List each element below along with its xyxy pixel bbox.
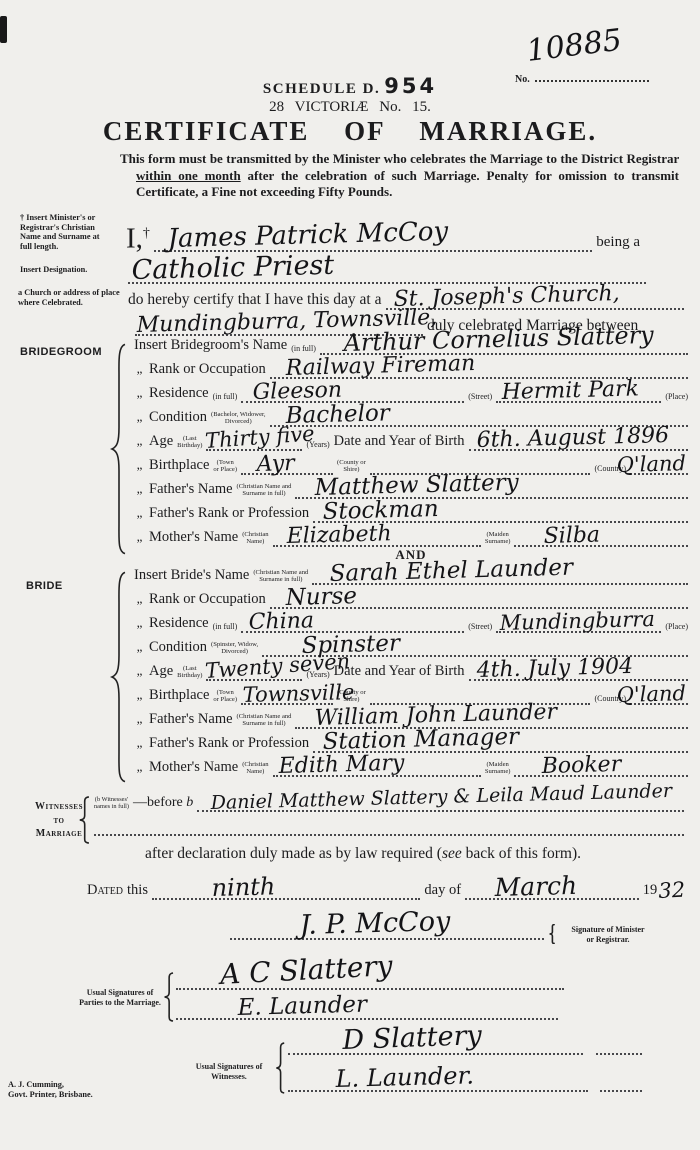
dated-month-value: March	[494, 871, 577, 902]
dated-day-line: ninth	[152, 888, 420, 900]
day-of-label: day of	[422, 882, 463, 900]
ditto-mark: „	[132, 385, 147, 403]
town-paren-2: or Place)	[213, 696, 237, 703]
party-signature-1: A C Slattery	[219, 949, 393, 991]
bride-age-row: „ Age (LastBirthday) Twenty seven (Years…	[132, 657, 690, 681]
father-label: Father's Name	[147, 711, 235, 729]
bridegroom-mother-row: „ Mother's Name (ChristianName) Elizabet…	[132, 523, 690, 547]
this-label: this	[125, 882, 150, 900]
bridegroom-name-label: Insert Bridegroom's Name	[132, 337, 289, 355]
father-rank-label: Father's Rank or Profession	[147, 735, 311, 753]
bridegroom-dob-value: 6th. August 1896	[476, 423, 669, 453]
bride-maiden-line: Booker	[514, 765, 688, 777]
town-paren-2: or Place)	[213, 466, 237, 473]
party-signature-line-2: E. Launder	[176, 1008, 558, 1020]
bride-place-line: Mundingburra	[496, 621, 661, 633]
dagger-mark: †	[143, 226, 150, 241]
christian-paren-2: Surname in full)	[259, 576, 302, 583]
bride-age-line: Twenty seven	[206, 669, 302, 681]
bridegroom-age-line: Thirty five	[206, 439, 302, 451]
bridegroom-maiden-value: Silba	[544, 523, 601, 549]
birthplace-label: Birthplace	[147, 457, 211, 475]
notice-underlined: within one month	[136, 168, 241, 183]
age-label: Age	[147, 663, 175, 681]
party-signature-line-1: A C Slattery	[176, 978, 564, 990]
witness-label-1: Usual Signatures of	[186, 1062, 272, 1072]
bride-father-row: „ Father's Name (Christian Name andSurna…	[132, 705, 690, 729]
age-paren-1: (Last	[183, 435, 197, 442]
dated-month-line: March	[465, 888, 639, 900]
witnesses-names-line: Daniel Matthew Slattery & Leila Maud Lau…	[197, 800, 684, 812]
bridegroom-mother-value: Elizabeth	[286, 521, 392, 549]
christian-paren-1: (Christian Name and	[237, 713, 292, 720]
bridegroom-birthplace-row: „ Birthplace (Townor Place) Ayr (County …	[132, 451, 690, 475]
place-paren: (Place)	[663, 392, 690, 403]
place-paren: (Place)	[663, 622, 690, 633]
bridegroom-maiden-line: Silba	[514, 535, 688, 547]
witnesses-names-row: (b Witnesses'names in full) —before b Da…	[92, 788, 686, 812]
bride-birthplace-line: Townsville	[241, 693, 333, 705]
bride-name-value: Sarah Ethel Launder	[330, 555, 574, 587]
ditto-mark: „	[132, 591, 147, 609]
witness-signature-line-1: D Slattery	[288, 1043, 583, 1055]
ditto-mark: „	[132, 711, 147, 729]
witnesses-blank-line	[94, 824, 684, 836]
mother-christian-paren-2: Name)	[246, 538, 264, 545]
county-paren-1: (County or	[337, 459, 366, 466]
ditto-mark: „	[132, 759, 147, 777]
ditto-mark: „	[132, 361, 147, 379]
bride-country-value: Q'land	[616, 681, 686, 707]
before-label: —before b	[131, 795, 195, 812]
bride-residence-row: „ Residence (in full) China (Street) Mun…	[132, 609, 690, 633]
county-paren-2: Shire)	[343, 466, 359, 473]
mother-christian-paren-2: Name)	[246, 768, 264, 775]
christian-paren-2: Surname in full)	[242, 720, 285, 727]
bride-name-line: Sarah Ethel Launder	[312, 573, 688, 585]
party-signature-2: E. Launder	[237, 992, 367, 1021]
witness-signature-line-2: L. Launder.	[288, 1080, 588, 1092]
street-paren: (Street)	[466, 622, 494, 633]
bride-place-value: Mundingburra	[500, 607, 656, 635]
residence-label: Residence	[147, 615, 211, 633]
printer-credit-2: Govt. Printer, Brisbane.	[8, 1090, 93, 1100]
christian-paren-1: (Christian Name and	[253, 569, 308, 576]
father-label: Father's Name	[147, 481, 235, 499]
witnesses-paren-1: (b Witnesses'	[95, 796, 128, 803]
bride-maiden-value: Booker	[542, 752, 622, 779]
ditto-mark: „	[132, 663, 147, 681]
bridegroom-caption: BRIDEGROOM	[20, 346, 102, 358]
margin-note-church: a Church or address of place where Celeb…	[18, 288, 122, 307]
margin-note-designation: Insert Designation.	[20, 265, 120, 275]
bridegroom-country-line: Q'land	[630, 463, 688, 475]
minister-label-brace	[548, 924, 556, 944]
bridegroom-birthplace-line: Ayr	[241, 463, 333, 475]
bride-name-label: Insert Bride's Name	[132, 567, 251, 585]
schedule-label: SCHEDULE D.	[263, 81, 380, 97]
bride-dob-line: 4th. July 1904	[469, 669, 688, 681]
christian-paren-2: Surname in full)	[242, 490, 285, 497]
ditto-mark: „	[132, 735, 147, 753]
bride-caption: BRIDE	[26, 580, 63, 592]
witnesses-paren: (b Witnesses'names in full)	[92, 796, 131, 812]
witness-signature-2: L. Launder.	[335, 1061, 474, 1093]
in-full-paren: (in full)	[211, 622, 240, 633]
before-text: —before	[133, 795, 183, 810]
witnesses-names-value: Daniel Matthew Slattery & Leila Maud Lau…	[211, 780, 673, 814]
condition-label: Condition	[147, 639, 209, 657]
rank-label: Rank or Occupation	[147, 361, 268, 379]
bridegroom-condition-row: „ Condition (Bachelor, Widower,Divorced)…	[132, 403, 690, 427]
bridegroom-section: Insert Bridegroom's Name (in full) Arthu…	[132, 331, 690, 547]
witness-line-1-tail	[596, 1043, 642, 1055]
mother-label: Mother's Name	[147, 529, 240, 547]
in-full-paren: (in full)	[211, 392, 240, 403]
bridegroom-dob-line: 6th. August 1896	[469, 439, 688, 451]
before-sup: b	[186, 795, 193, 810]
witness-signature-1: D Slattery	[342, 1020, 482, 1056]
condition-paren-1: (Spinster, Widow,	[211, 641, 258, 648]
mother-label: Mother's Name	[147, 759, 240, 777]
parties-label-2: Parties to the Marriage.	[74, 998, 166, 1008]
dated-day-value: ninth	[211, 872, 275, 902]
maiden-paren-2: Surname)	[485, 768, 511, 775]
age-label: Age	[147, 433, 175, 451]
bride-mother-row: „ Mother's Name (ChristianName) Edith Ma…	[132, 753, 690, 777]
bridegroom-residence-row: „ Residence (in full) Gleeson (Street) H…	[132, 379, 690, 403]
dated-row: Dated this ninth day of March 19 32	[85, 868, 686, 900]
maiden-paren: (MaidenSurname)	[483, 761, 513, 777]
birthplace-label: Birthplace	[147, 687, 211, 705]
bridegroom-age-row: „ Age (LastBirthday) Thirty five (Years)…	[132, 427, 690, 451]
in-full-paren: (in full)	[289, 344, 318, 355]
age-paren-1: (Last	[183, 665, 197, 672]
mother-christian-paren-1: (Christian	[242, 531, 268, 538]
schedule-number: 954	[384, 74, 437, 98]
ditto-mark: „	[132, 505, 147, 523]
witness-signatures-label: Usual Signatures of Witnesses.	[186, 1062, 272, 1081]
designation-row: Catholic Priest	[126, 250, 648, 284]
age-paren: (LastBirthday)	[175, 435, 204, 451]
margin-note-minister: † Insert Minister's or Registrar's Chris…	[20, 213, 112, 251]
age-paren-2: Birthday)	[177, 672, 202, 679]
christian-name-paren: (Christian Name andSurname in full)	[235, 483, 294, 499]
bridegroom-birthplace-value: Ayr	[256, 451, 295, 477]
condition-paren: (Spinster, Widow,Divorced)	[209, 641, 260, 657]
year-written: 32	[658, 878, 686, 903]
condition-paren-2: Divorced)	[225, 418, 252, 425]
ditto-mark: „	[132, 481, 147, 499]
mother-christian-paren: (ChristianName)	[240, 531, 270, 547]
bridegroom-father-rank-row: „ Father's Rank or Profession Stockman	[132, 499, 690, 523]
bride-father-rank-row: „ Father's Rank or Profession Station Ma…	[132, 729, 690, 753]
county-paren: (County orShire)	[335, 459, 368, 475]
schedule-line: SCHEDULE D. 954	[0, 74, 700, 98]
street-paren: (Street)	[466, 392, 494, 403]
printer-credit-1: A. J. Cumming,	[8, 1080, 93, 1090]
ditto-mark: „	[132, 457, 147, 475]
ditto-mark: „	[132, 639, 147, 657]
maiden-paren-2: Surname)	[485, 538, 511, 545]
scan-artifact	[0, 16, 7, 43]
father-rank-label: Father's Rank or Profession	[147, 505, 311, 523]
printer-credit: A. J. Cumming, Govt. Printer, Brisbane.	[8, 1080, 93, 1100]
condition-label: Condition	[147, 409, 209, 427]
town-paren-1: (Town	[217, 459, 234, 466]
bridegroom-rank-value: Railway Fireman	[285, 351, 475, 381]
christian-name-paren: (Christian Name andSurname in full)	[251, 569, 310, 585]
parties-label-1: Usual Signatures of	[74, 988, 166, 998]
christian-paren-1: (Christian Name and	[237, 483, 292, 490]
maiden-paren-1: (Maiden	[486, 531, 508, 538]
notice-text-pre: This form must be transmitted by the Min…	[120, 151, 679, 166]
parties-brace	[162, 972, 175, 1022]
parties-signatures-label: Usual Signatures of Parties to the Marri…	[74, 988, 166, 1007]
bride-brace	[108, 568, 128, 786]
bridegroom-place-line: Hermit Park	[496, 391, 661, 403]
town-paren: (Townor Place)	[211, 459, 239, 475]
ditto-mark: „	[132, 529, 147, 547]
minister-label-1: Signature of Minister	[558, 925, 658, 935]
bridegroom-place-value: Hermit Park	[502, 376, 640, 405]
bridegroom-father-row: „ Father's Name (Christian Name andSurna…	[132, 475, 690, 499]
bride-mother-value: Edith Mary	[278, 751, 404, 779]
town-paren: (Townor Place)	[211, 689, 239, 705]
age-paren-2: Birthday)	[177, 442, 202, 449]
mother-christian-paren: (ChristianName)	[240, 761, 270, 777]
age-paren: (LastBirthday)	[175, 665, 204, 681]
declaration-line: after declaration duly made as by law re…	[145, 845, 581, 863]
witnesses-paren-2: names in full)	[94, 803, 129, 810]
witness-line-2-tail	[600, 1080, 642, 1092]
condition-paren-1: (Bachelor, Widower,	[211, 411, 266, 418]
witnesses-section: (b Witnesses'names in full) —before b Da…	[92, 788, 686, 836]
bridegroom-mother-line: Elizabeth	[273, 535, 481, 547]
bride-father-rank-value: Station Manager	[322, 724, 519, 755]
minister-name-value: James Patrick McCoy	[167, 217, 448, 254]
minister-signature-value: J. P. McCoy	[299, 906, 450, 941]
page-title: CERTIFICATE OF MARRIAGE.	[0, 116, 700, 147]
declaration-1: after declaration duly made as by law re…	[145, 845, 442, 862]
dated-label: Dated	[85, 882, 125, 900]
i-label: I,†	[126, 221, 152, 252]
christian-name-paren: (Christian Name andSurname in full)	[235, 713, 294, 729]
declaration-see: see	[442, 845, 462, 862]
bride-rank-value: Nurse	[285, 583, 357, 611]
bridegroom-country-value: Q'land	[616, 451, 686, 477]
dob-label: Date and Year of Birth	[332, 663, 467, 681]
ditto-mark: „	[132, 433, 147, 451]
bride-rank-row: „ Rank or Occupation Nurse	[132, 585, 690, 609]
witnesses-blank-row	[92, 812, 686, 836]
bridegroom-rank-row: „ Rank or Occupation Railway Fireman	[132, 355, 690, 379]
bridegroom-brace	[108, 340, 128, 558]
designation-value: Catholic Priest	[131, 250, 334, 286]
year-printed: 19	[641, 882, 660, 900]
bride-birthplace-row: „ Birthplace (Townor Place) Townsville (…	[132, 681, 690, 705]
bride-name-row: Insert Bride's Name (Christian Name andS…	[132, 561, 690, 585]
witness-label-2: Witnesses.	[186, 1072, 272, 1082]
certificate-number-value: 10885	[525, 23, 624, 69]
minister-label-2: or Registrar.	[558, 935, 658, 945]
ditto-mark: „	[132, 687, 147, 705]
bride-section: Insert Bride's Name (Christian Name andS…	[132, 561, 690, 777]
bride-birthplace-value: Townsville	[242, 680, 354, 707]
rank-label: Rank or Occupation	[147, 591, 268, 609]
ditto-mark: „	[132, 409, 147, 427]
dob-label: Date and Year of Birth	[332, 433, 467, 451]
ditto-mark: „	[132, 615, 147, 633]
minister-signature-label: Signature of Minister or Registrar.	[558, 925, 658, 944]
condition-paren-2: Divorced)	[221, 648, 248, 655]
bride-condition-row: „ Condition (Spinster, Widow,Divorced) S…	[132, 633, 690, 657]
mother-christian-paren-1: (Christian	[242, 761, 268, 768]
witnesses-brace	[77, 796, 91, 844]
bridegroom-name-row: Insert Bridegroom's Name (in full) Arthu…	[132, 331, 690, 355]
bride-mother-line: Edith Mary	[273, 765, 481, 777]
bride-dob-value: 4th. July 1904	[476, 654, 633, 683]
minister-name-row: I,† James Patrick McCoy being a	[126, 210, 640, 252]
bride-residence-value: China	[249, 608, 315, 635]
residence-label: Residence	[147, 385, 211, 403]
certificate-page: 10885 No. SCHEDULE D. 954 28 VICTORIÆ No…	[0, 0, 700, 1150]
town-paren-1: (Town	[217, 689, 234, 696]
minister-signature-line: J. P. McCoy	[230, 928, 544, 940]
bride-country-line: Q'land	[630, 693, 688, 705]
act-line: 28 VICTORIÆ No. 15.	[0, 99, 700, 116]
transmittal-notice: This form must be transmitted by the Min…	[120, 151, 679, 201]
maiden-paren-1: (Maiden	[486, 761, 508, 768]
witness-signatures-brace	[274, 1042, 286, 1094]
maiden-paren: (MaidenSurname)	[483, 531, 513, 547]
declaration-3: back of this form).	[462, 845, 581, 862]
